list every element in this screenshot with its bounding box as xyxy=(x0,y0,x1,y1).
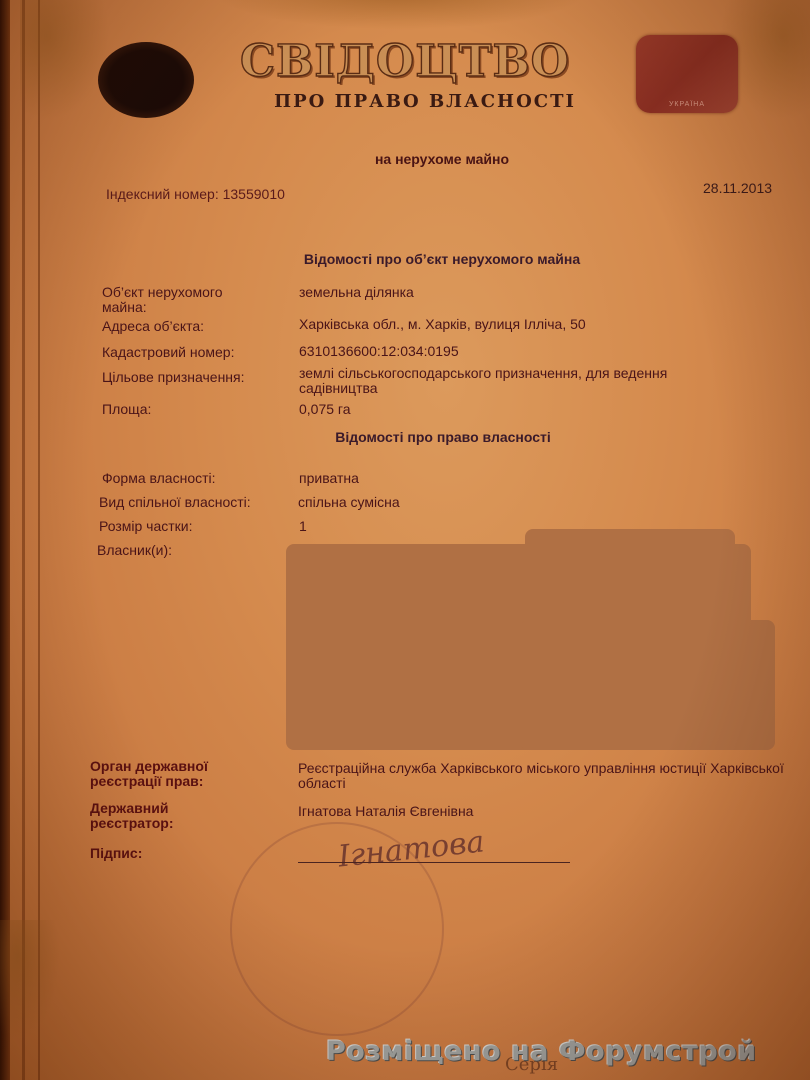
ownership-section-heading: Відомості про право власності xyxy=(0,429,810,445)
field-value-address: Харківська обл., м. Харків, вулиця Ілліч… xyxy=(299,317,769,332)
forum-watermark: Розміщено на Форумстрой xyxy=(326,1036,757,1067)
certificate-page: УКРАЇНА СВІДОЦТВО ПРО ПРАВО ВЛАСНОСТІ на… xyxy=(0,0,810,1080)
issue-date: 28.11.2013 xyxy=(703,180,772,196)
document-subtitle: ПРО ПРАВО ВЛАСНОСТІ xyxy=(0,91,810,112)
field-label-registrar: Державний реєстратор: xyxy=(90,801,210,831)
field-value-purpose: землі сільськогосподарського призначення… xyxy=(299,366,739,396)
field-label-area: Площа: xyxy=(102,402,272,417)
field-value-registration-body: Реєстраційна служба Харківського міськог… xyxy=(298,761,788,791)
field-label-owners: Власник(и): xyxy=(97,543,267,558)
field-label-purpose: Цільове призначення: xyxy=(102,370,272,385)
field-value-ownership-form: приватна xyxy=(299,471,769,486)
signature-line xyxy=(298,862,570,863)
field-label-joint-ownership: Вид спільної власності: xyxy=(99,495,294,510)
field-label-registration-body: Орган державної реєстрації прав: xyxy=(90,759,270,789)
field-label-address: Адреса об’єкта: xyxy=(102,319,272,334)
document-type: на нерухоме майно xyxy=(0,151,810,167)
index-number: Індексний номер: 13559010 xyxy=(106,186,285,202)
field-value-joint-ownership: спільна сумісна xyxy=(298,495,768,510)
redaction-block xyxy=(520,620,775,750)
field-value-object: земельна ділянка xyxy=(299,285,769,300)
document-title: СВІДОЦТВО xyxy=(0,36,810,87)
object-section-heading: Відомості про об’єкт нерухомого майна xyxy=(0,251,810,267)
corner-ornament-icon xyxy=(0,920,60,1040)
field-label-share-size: Розмір частки: xyxy=(99,519,269,534)
field-value-area: 0,075 га xyxy=(299,402,769,417)
field-label-signature: Підпис: xyxy=(90,846,270,861)
field-value-cadastral: 6310136600:12:034:0195 xyxy=(299,344,769,359)
coat-of-arms-ornament-icon xyxy=(210,0,590,30)
field-label-object: Об’єкт нерухомого майна: xyxy=(102,285,252,315)
field-label-cadastral: Кадастровий номер: xyxy=(102,345,272,360)
field-label-ownership-form: Форма власності: xyxy=(102,471,272,486)
field-value-registrar: Ігнатова Наталія Євгенівна xyxy=(298,804,768,819)
